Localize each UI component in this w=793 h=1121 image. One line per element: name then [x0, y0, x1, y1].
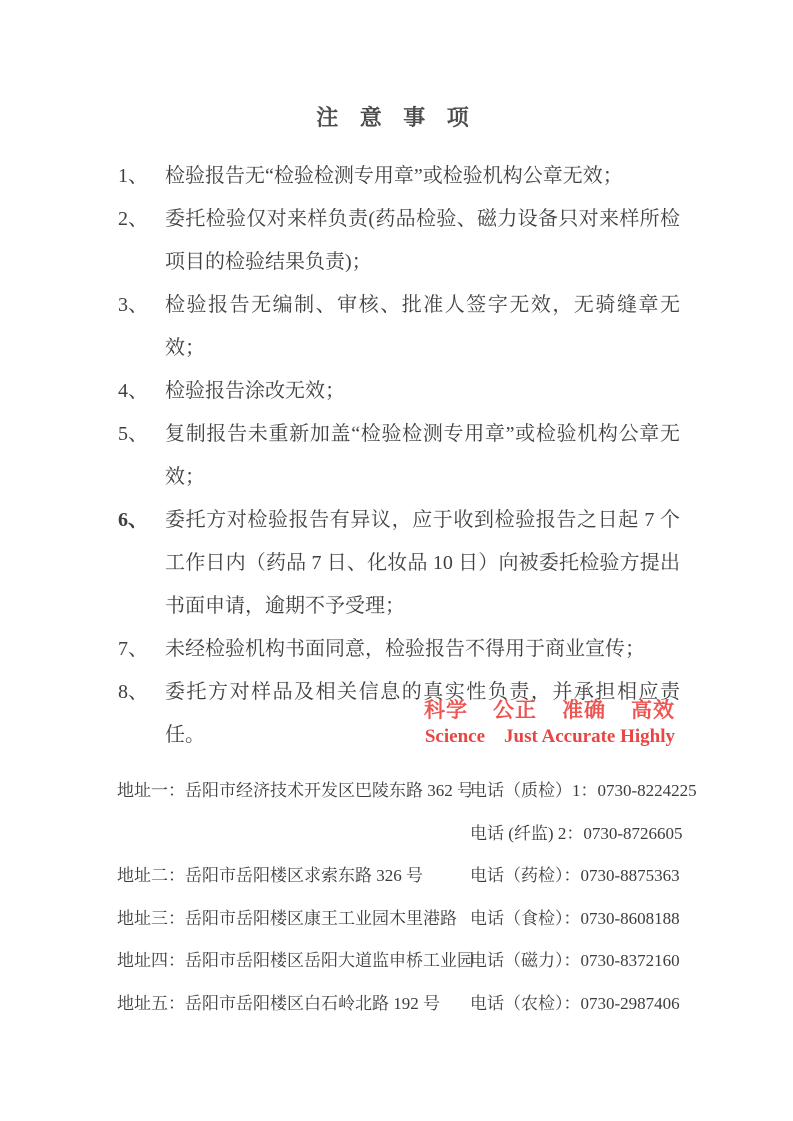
address-text: 地址四：岳阳市岳阳楼区岳阳大道监申桥工业园	[117, 940, 470, 983]
address-text	[117, 813, 470, 856]
notice-item-number: 1、	[118, 155, 165, 198]
address-row: 地址四：岳阳市岳阳楼区岳阳大道监申桥工业园 电话（磁力）：0730-837216…	[117, 940, 735, 983]
slogan-chinese: 科学 公正 准确 高效	[424, 697, 675, 724]
notice-item-number: 3、	[118, 284, 165, 327]
notice-item-text: 委托检验仅对来样负责(药品检验、磁力设备只对来样所检项目的检验结果负责)；	[165, 198, 680, 284]
notice-list: 1、 检验报告无“检验检测专用章”或检验机构公章无效； 2、 委托检验仅对来样负…	[118, 155, 680, 757]
notice-item-text: 检验报告无“检验检测专用章”或检验机构公章无效；	[165, 155, 680, 198]
notice-item: 6、 委托方对检验报告有异议，应于收到检验报告之日起 7 个工作日内（药品 7 …	[118, 499, 680, 628]
page-title: 注 意 事 项	[0, 101, 793, 132]
notice-item-number: 5、	[118, 413, 165, 456]
address-row: 地址三：岳阳市岳阳楼区康王工业园木里港路 电话（食检）：0730-8608188	[117, 898, 735, 941]
document-page: 注 意 事 项 1、 检验报告无“检验检测专用章”或检验机构公章无效； 2、 委…	[0, 0, 793, 1121]
contact-section: 地址一：岳阳市经济技术开发区巴陵东路 362 号 电话（质检）1：0730-82…	[117, 770, 735, 1025]
address-text: 地址一：岳阳市经济技术开发区巴陵东路 362 号	[117, 770, 470, 813]
notice-item-number: 6、	[118, 499, 165, 542]
phone-text: 电话（磁力）：0730-8372160	[470, 940, 735, 983]
notice-item-text: 复制报告未重新加盖“检验检测专用章”或检验机构公章无效；	[165, 413, 680, 499]
notice-item: 4、 检验报告涂改无效；	[118, 370, 680, 413]
notice-item: 2、 委托检验仅对来样负责(药品检验、磁力设备只对来样所检项目的检验结果负责)；	[118, 198, 680, 284]
notice-item-number: 7、	[118, 628, 165, 671]
phone-text: 电话（药检）：0730-8875363	[470, 855, 735, 898]
notice-item-number: 8、	[118, 671, 165, 714]
address-row: 电话 (纤监) 2：0730-8726605	[117, 813, 735, 856]
slogan-english: Science Just Accurate Highly	[424, 724, 675, 750]
notice-item: 5、 复制报告未重新加盖“检验检测专用章”或检验机构公章无效；	[118, 413, 680, 499]
address-row: 地址一：岳阳市经济技术开发区巴陵东路 362 号 电话（质检）1：0730-82…	[117, 770, 735, 813]
address-text: 地址三：岳阳市岳阳楼区康王工业园木里港路	[117, 898, 470, 941]
address-text: 地址二：岳阳市岳阳楼区求索东路 326 号	[117, 855, 470, 898]
address-text: 地址五：岳阳市岳阳楼区白石岭北路 192 号	[117, 983, 470, 1026]
notice-item-text: 检验报告无编制、审核、批准人签字无效，无骑缝章无效；	[165, 284, 680, 370]
notice-item-text: 委托方对检验报告有异议，应于收到检验报告之日起 7 个工作日内（药品 7 日、化…	[165, 499, 680, 628]
notice-item-text: 检验报告涂改无效；	[165, 370, 680, 413]
phone-text: 电话（农检）：0730-2987406	[470, 983, 735, 1026]
notice-item: 1、 检验报告无“检验检测专用章”或检验机构公章无效；	[118, 155, 680, 198]
phone-text: 电话（食检）：0730-8608188	[470, 898, 735, 941]
notice-item-text: 未经检验机构书面同意，检验报告不得用于商业宣传；	[165, 628, 680, 671]
notice-item-number: 2、	[118, 198, 165, 241]
slogan-block: 科学 公正 准确 高效 Science Just Accurate Highly	[424, 697, 675, 750]
notice-item-number: 4、	[118, 370, 165, 413]
address-row: 地址二：岳阳市岳阳楼区求索东路 326 号 电话（药检）：0730-887536…	[117, 855, 735, 898]
phone-text: 电话 (纤监) 2：0730-8726605	[470, 813, 735, 856]
notice-item: 7、 未经检验机构书面同意，检验报告不得用于商业宣传；	[118, 628, 680, 671]
notice-item: 3、 检验报告无编制、审核、批准人签字无效，无骑缝章无效；	[118, 284, 680, 370]
phone-text: 电话（质检）1：0730-8224225	[470, 770, 735, 813]
address-row: 地址五：岳阳市岳阳楼区白石岭北路 192 号 电话（农检）：0730-29874…	[117, 983, 735, 1026]
